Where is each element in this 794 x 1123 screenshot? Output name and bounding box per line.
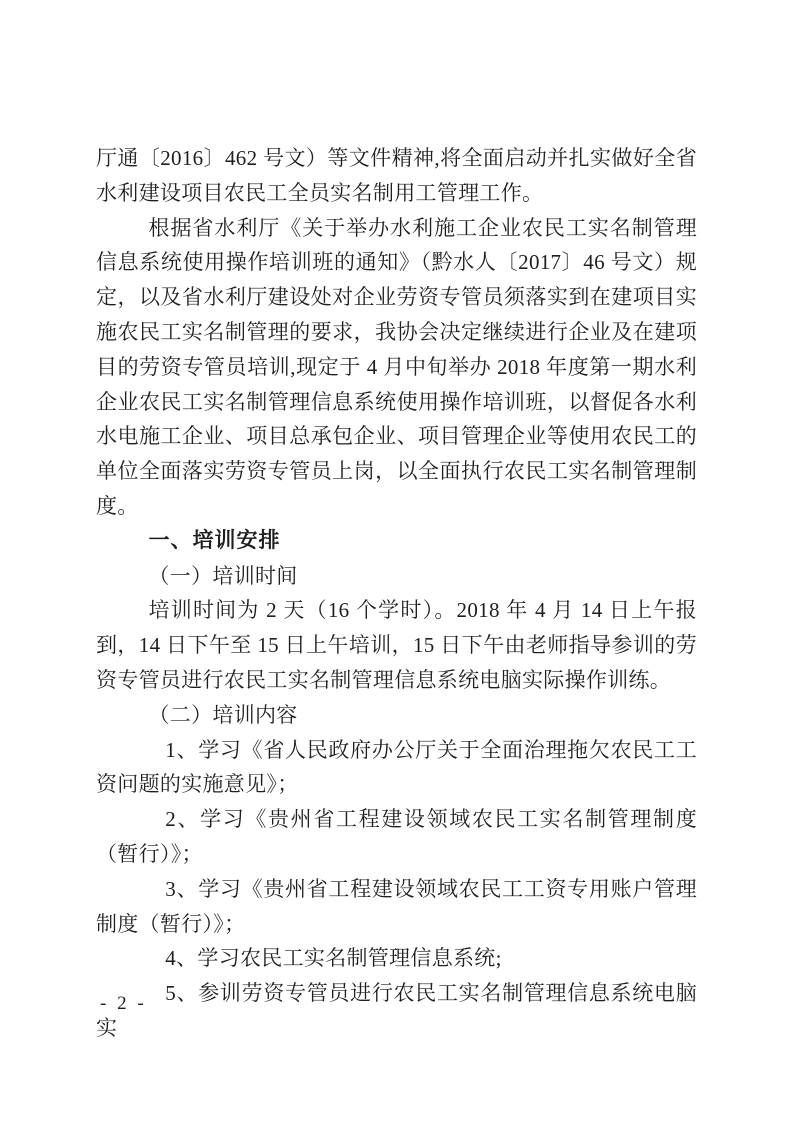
page-number: - 2 - xyxy=(100,993,147,1014)
document-body: 厅通〔2016〕462 号文）等文件精神,将全面启动并扎实做好全省水利建设项目农… xyxy=(96,141,697,1046)
subheading-training-content: （二）培训内容 xyxy=(96,698,697,733)
document-page: 厅通〔2016〕462 号文）等文件精神,将全面启动并扎实做好全省水利建设项目农… xyxy=(0,0,794,1123)
paragraph-continuation: 厅通〔2016〕462 号文）等文件精神,将全面启动并扎实做好全省水利建设项目农… xyxy=(96,141,697,211)
list-item-4: 4、学习农民工实名制管理信息系统; xyxy=(96,941,697,976)
list-item-1: 1、学习《省人民政府办公厅关于全面治理拖欠农民工工资问题的实施意见》； xyxy=(96,733,697,803)
paragraph-basis: 根据省水利厅《关于举办水利施工企业农民工实名制管理信息系统使用操作培训班的通知》… xyxy=(96,211,697,524)
subheading-training-time: （一）培训时间 xyxy=(96,559,697,594)
list-item-3: 3、学习《贵州省工程建设领域农民工工资专用账户管理制度（暂行）》； xyxy=(96,872,697,942)
page-footer: - 2 - xyxy=(100,993,147,1015)
list-item-2: 2、学习《贵州省工程建设领域农民工实名制管理制度（暂行）》； xyxy=(96,802,697,872)
paragraph-training-time: 培训时间为 2 天（16 个学时）。2018 年 4 月 14 日上午报到，14… xyxy=(96,593,697,697)
section-heading-training-arrangement: 一、培训安排 xyxy=(96,524,697,559)
list-item-5: 5、参训劳资专管员进行农民工实名制管理信息系统电脑实 xyxy=(96,976,697,1046)
